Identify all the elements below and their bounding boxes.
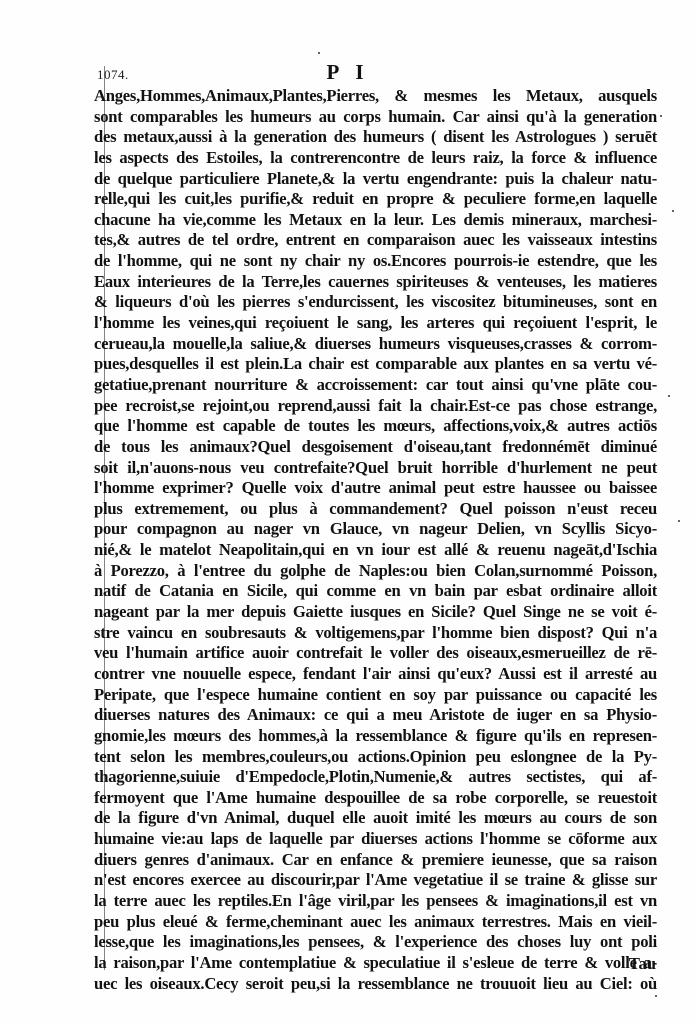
- scan-speck: [668, 395, 670, 397]
- text-line: soit il,n'auons-nous veu contrefaite?Que…: [94, 458, 657, 479]
- text-line: chacune ha vie,comme les Metaux en la le…: [94, 210, 657, 231]
- text-line: lesse,que les imaginations,les pensees, …: [94, 932, 657, 953]
- text-line: l'homme les veines,qui reçoiuent le sang…: [94, 313, 657, 334]
- body-text: Anges,Hommes,Animaux,Plantes,Pierres, & …: [94, 86, 657, 994]
- text-line: fermoyent que l'Ame humaine despouillee …: [94, 788, 657, 809]
- text-line: sont comparables les humeurs au corps hu…: [94, 107, 657, 128]
- text-line: tent selon les membres,couleurs,ou actio…: [94, 747, 657, 768]
- text-line: peu plus eleué & ferme,cheminant auec le…: [94, 912, 657, 933]
- text-line: uec les oiseaux.Cecy seroit peu,si la re…: [94, 974, 657, 995]
- text-line: la terre auec les reptiles.En l'âge viri…: [94, 891, 657, 912]
- scan-speck: [672, 210, 674, 212]
- text-line: & liqueurs d'où les pierres s'endurcisse…: [94, 292, 657, 313]
- text-line: gnomie,les mœurs des hommes,à la ressemb…: [94, 726, 657, 747]
- catchword: Tau: [629, 954, 656, 974]
- text-line: cerueau,la mouelle,la saliue,& diuerses …: [94, 334, 657, 355]
- text-line: nié,& le matelot Neapolitain,qui en vn i…: [94, 540, 657, 561]
- text-line: relle,qui les cuit,les purifie,& reduit …: [94, 189, 657, 210]
- text-line: tes,& autres de tel ordre, entrent en co…: [94, 230, 657, 251]
- text-line: de l'homme, qui ne sont ny chair ny os.E…: [94, 251, 657, 272]
- text-line: de la figure d'vn Animal, duquel elle au…: [94, 808, 657, 829]
- text-line: Eaux interieures de la Terre,les cauerne…: [94, 272, 657, 293]
- text-line: des metaux,aussi à la generation des hum…: [94, 127, 657, 148]
- text-line: pues,desquelles il est plein.La chair es…: [94, 354, 657, 375]
- text-line: nageant par la mer depuis Gaiette iusque…: [94, 602, 657, 623]
- text-line: getatiue,prenant nourriture & accroissem…: [94, 375, 657, 396]
- text-line: veu l'humain artifice auoir contrefait l…: [94, 643, 657, 664]
- text-line: contrer vne nouuelle espece, fendant l'a…: [94, 664, 657, 685]
- book-page: 1074. P I Anges,Hommes,Animaux,Plantes,P…: [0, 0, 696, 1024]
- scan-speck: [655, 995, 657, 997]
- text-line: Anges,Hommes,Animaux,Plantes,Pierres, & …: [94, 86, 657, 107]
- text-line: Peripate, que l'espece humaine contient …: [94, 685, 657, 706]
- text-line: n'est encores exercee au discourir,par l…: [94, 870, 657, 891]
- text-line: que l'homme est capable de toutes les mœ…: [94, 416, 657, 437]
- text-line: de quelque particuliere Planete,& la ver…: [94, 169, 657, 190]
- text-line: les aspects des Estoiles, la contrerenco…: [94, 148, 657, 169]
- text-line: diuers genres d'animaux. Car en enfance …: [94, 850, 657, 871]
- text-line: la raison,par l'Ame contemplatiue & spec…: [94, 953, 657, 974]
- scan-speck: [678, 520, 680, 522]
- text-line: diuerses natures des Animaux: ce qui a m…: [94, 705, 657, 726]
- text-line: pee recroist,se rejoint,ou reprend,aussi…: [94, 396, 657, 417]
- running-head: P I: [0, 60, 696, 85]
- text-line: l'homme exprimer? Quelle voix d'autre an…: [94, 478, 657, 499]
- text-line: humaine vie:au laps de laquelle par diue…: [94, 829, 657, 850]
- text-line: thagorienne,suiuie d'Empedocle,Plotin,Nu…: [94, 767, 657, 788]
- scan-speck: [318, 52, 320, 54]
- text-line: pour compagnon au nager vn Glauce, vn na…: [94, 519, 657, 540]
- text-line: de tous les animaux?Quel desgoisement d'…: [94, 437, 657, 458]
- text-line: à Porezzo, à l'entree du golphe de Naple…: [94, 561, 657, 582]
- text-line: plus extremement, ou plus à commandement…: [94, 499, 657, 520]
- text-line: stre vaincu en soubresauts & voltigemens…: [94, 623, 657, 644]
- scan-speck: [660, 115, 662, 117]
- text-line: natif de Catania en Sicile, qui comme en…: [94, 581, 657, 602]
